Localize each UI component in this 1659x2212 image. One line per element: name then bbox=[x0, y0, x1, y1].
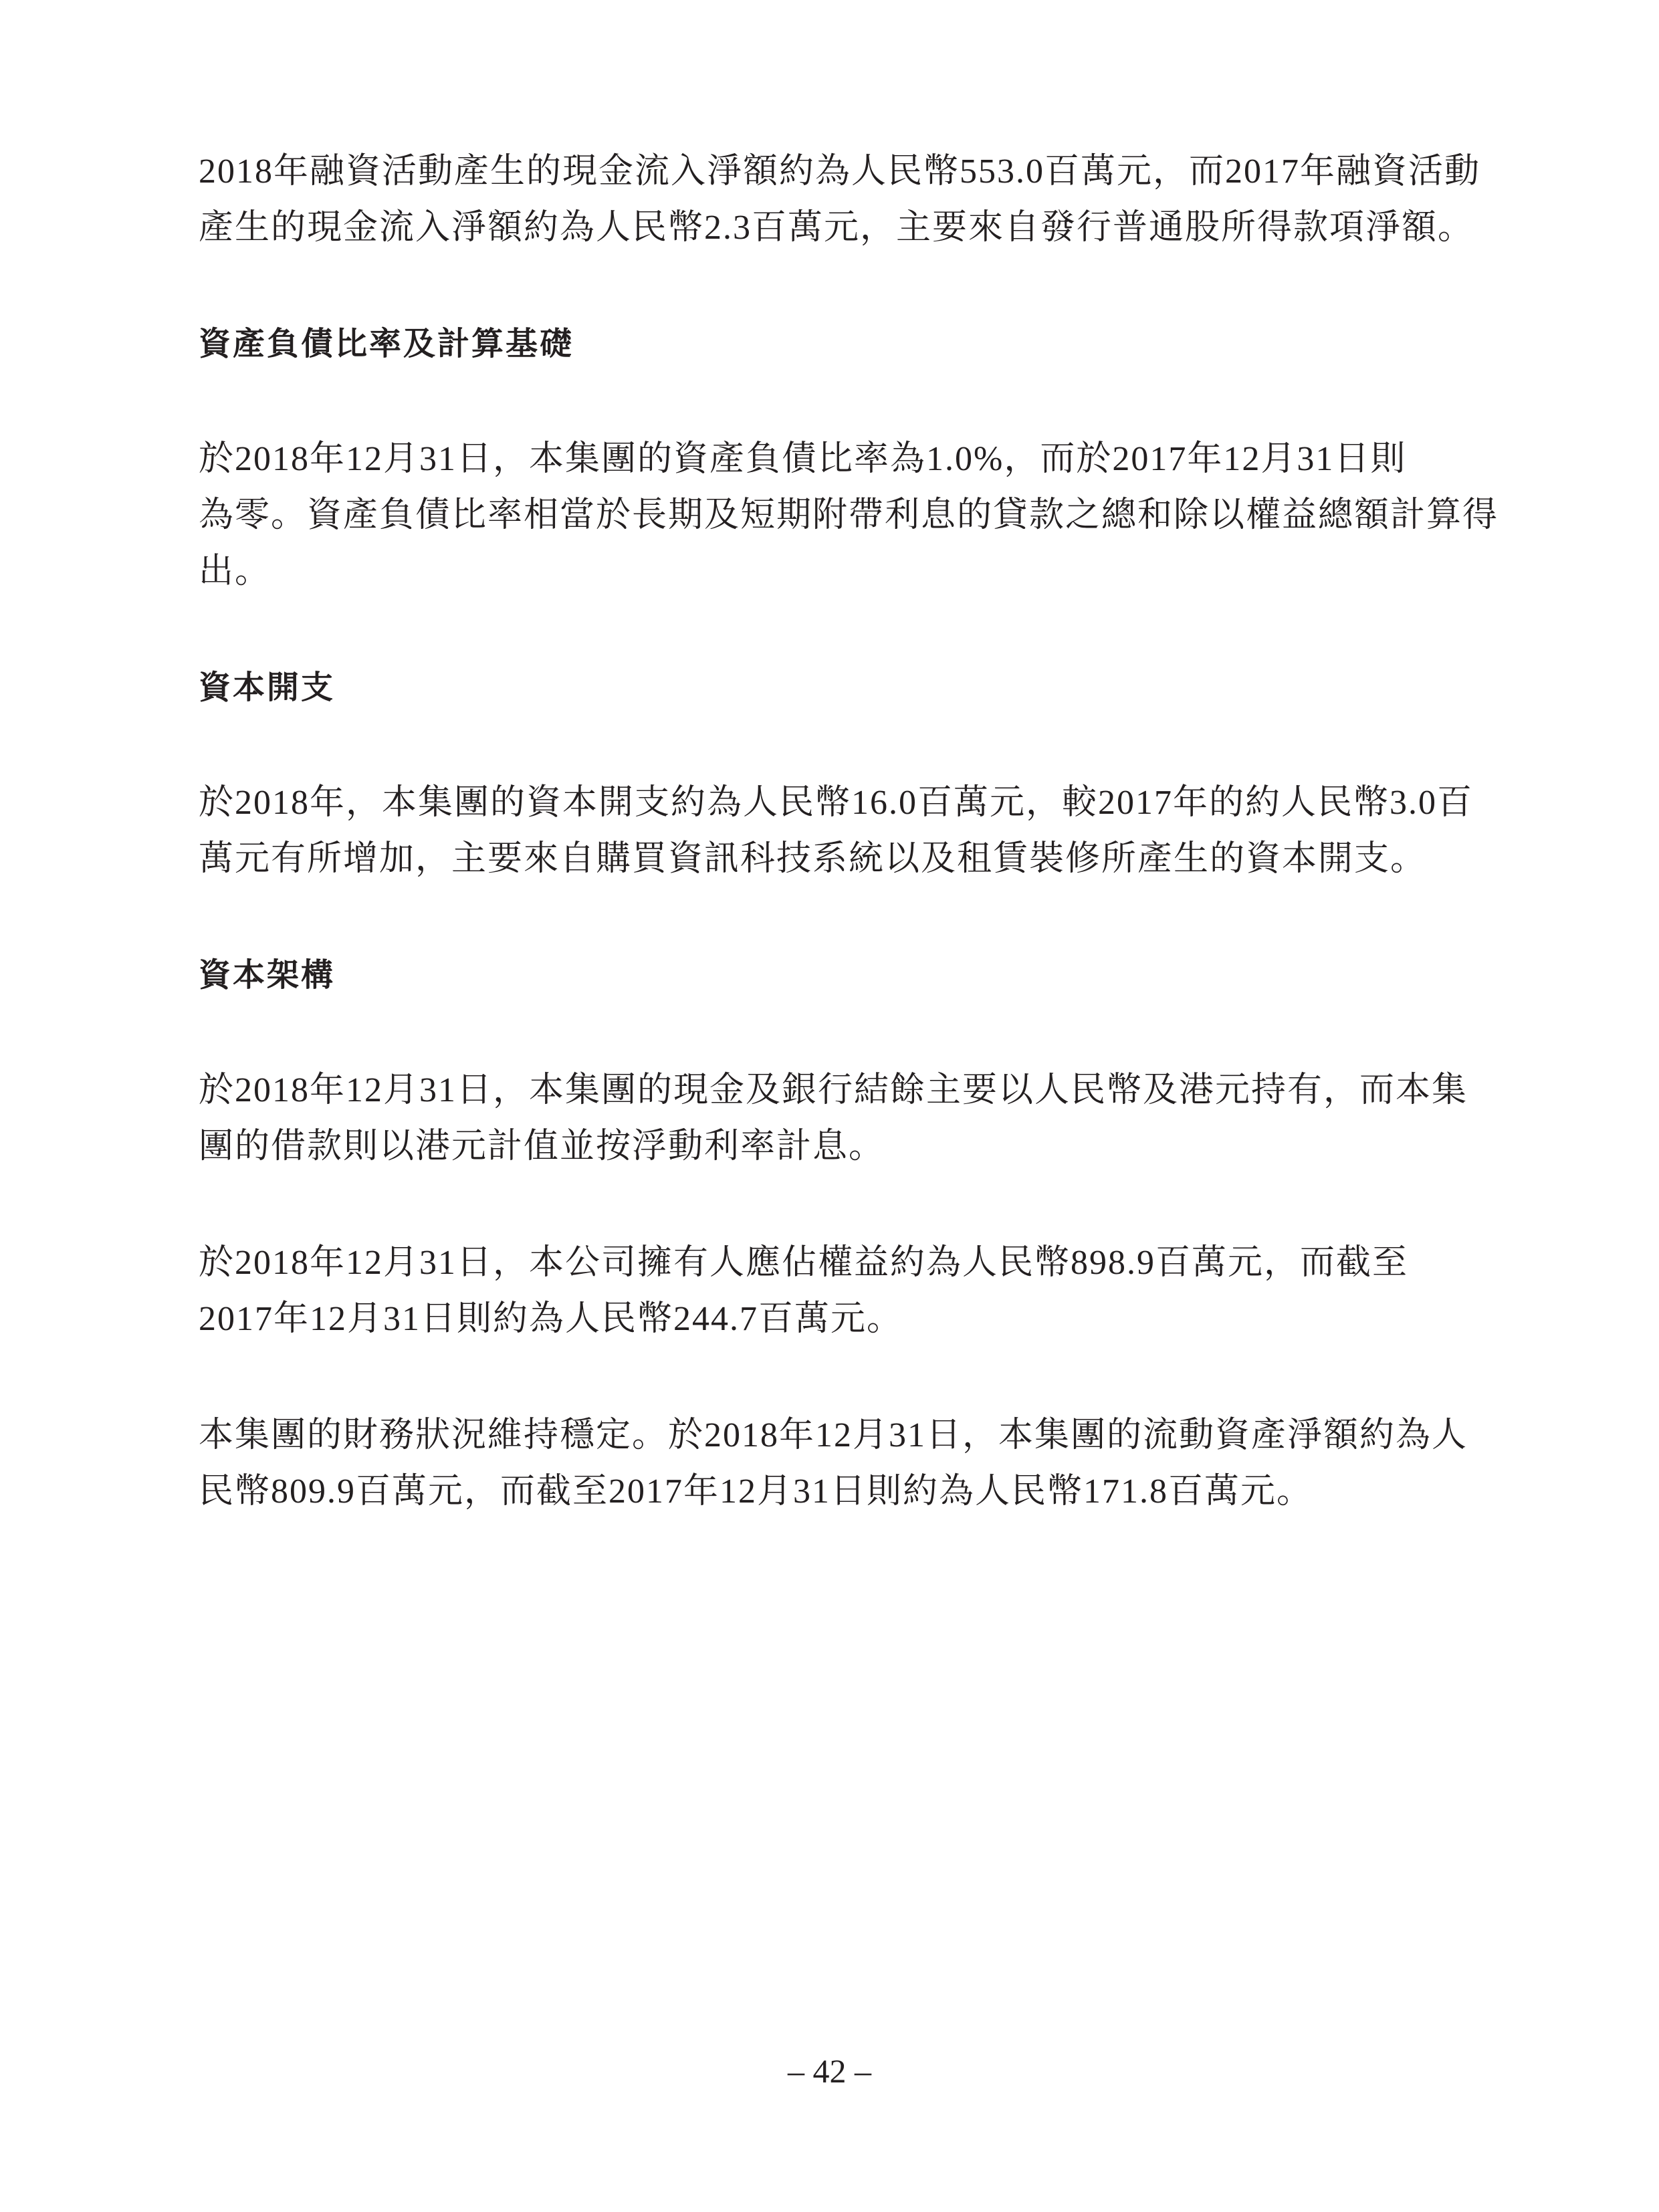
paragraph-net-current-assets: 本集團的財務狀況維持穩定。於2018年12月31日，本集團的流動資產淨額約為人 … bbox=[199, 1408, 1464, 1520]
paragraph-gearing-ratio: 於2018年12月31日，本集團的資產負債比率為1.0%，而於2017年12月3… bbox=[199, 431, 1464, 600]
text-line: 於2018年12月31日，本集團的資產負債比率為1.0%，而於2017年12月3… bbox=[199, 431, 1464, 487]
text-line: 於2018年12月31日，本集團的現金及銀行結餘主要以人民幣及港元持有，而本集 bbox=[199, 1063, 1464, 1119]
text-line: 於2018年，本集團的資本開支約為人民幣16.0百萬元，較2017年的約人民幣3… bbox=[199, 775, 1464, 831]
text-line: 團的借款則以港元計值並按浮動利率計息。 bbox=[199, 1119, 1464, 1175]
section-heading-capital-structure: 資本架構 bbox=[199, 948, 1464, 1004]
paragraph-capital-expenditure: 於2018年，本集團的資本開支約為人民幣16.0百萬元，較2017年的約人民幣3… bbox=[199, 775, 1464, 887]
section-heading-gearing-ratio: 資產負債比率及計算基礎 bbox=[199, 316, 1464, 372]
section-heading-capital-expenditure: 資本開支 bbox=[199, 660, 1464, 716]
text-line: 民幣809.9百萬元，而截至2017年12月31日則約為人民幣171.8百萬元。 bbox=[199, 1464, 1464, 1520]
text-line: 2018年融資活動產生的現金流入淨額約為人民幣553.0百萬元，而2017年融資… bbox=[199, 144, 1464, 200]
document-page: 2018年融資活動產生的現金流入淨額約為人民幣553.0百萬元，而2017年融資… bbox=[199, 144, 1464, 1520]
page-number: – 42 – bbox=[0, 2048, 1659, 2094]
text-line: 為零。資產負債比率相當於長期及短期附帶利息的貸款之總和除以權益總額計算得 bbox=[199, 487, 1464, 544]
text-line: 本集團的財務狀況維持穩定。於2018年12月31日，本集團的流動資產淨額約為人 bbox=[199, 1408, 1464, 1464]
text-line: 2017年12月31日則約為人民幣244.7百萬元。 bbox=[199, 1291, 1464, 1347]
text-line: 出。 bbox=[199, 544, 1464, 600]
paragraph-equity-attributable: 於2018年12月31日，本公司擁有人應佔權益約為人民幣898.9百萬元，而截至… bbox=[199, 1235, 1464, 1347]
paragraph-financing-cash-flow: 2018年融資活動產生的現金流入淨額約為人民幣553.0百萬元，而2017年融資… bbox=[199, 144, 1464, 256]
text-line: 產生的現金流入淨額約為人民幣2.3百萬元，主要來自發行普通股所得款項淨額。 bbox=[199, 200, 1464, 256]
text-line: 於2018年12月31日，本公司擁有人應佔權益約為人民幣898.9百萬元，而截至 bbox=[199, 1235, 1464, 1291]
paragraph-cash-and-borrowings: 於2018年12月31日，本集團的現金及銀行結餘主要以人民幣及港元持有，而本集 … bbox=[199, 1063, 1464, 1175]
text-line: 萬元有所增加，主要來自購買資訊科技系統以及租賃裝修所產生的資本開支。 bbox=[199, 831, 1464, 887]
